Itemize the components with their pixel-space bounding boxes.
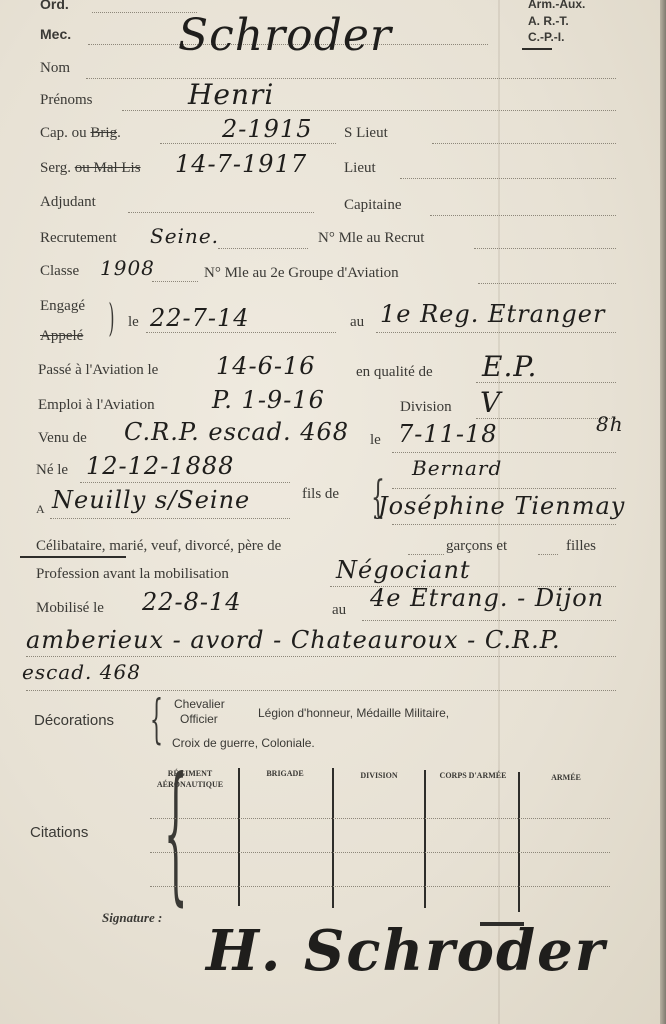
mobilise-line-1 (362, 620, 616, 621)
adjudant-label: Adjudant (40, 194, 96, 211)
venu-de-label: Venu de (38, 430, 87, 447)
mother-line (392, 524, 616, 525)
chevalier: Chevalier (174, 697, 225, 711)
cap-label: Cap. ou Brig. (40, 125, 121, 142)
division-label: Division (400, 399, 452, 416)
appele-label: Appelé (40, 328, 83, 345)
venu-de-line (392, 452, 616, 453)
no-mle-recrut-line (474, 248, 616, 249)
division-value: V (480, 386, 501, 419)
venu-de-note: 8h (596, 412, 624, 436)
citations-row-3 (150, 886, 610, 887)
ne-le-label: Né le (36, 462, 68, 479)
mobilise-escad: escad. 468 (22, 660, 141, 684)
fils-de-label: fils de (302, 486, 339, 503)
recrutement-label: Recrutement (40, 230, 117, 247)
father-name: Bernard (412, 456, 502, 480)
mother-name: Joséphine Tienmay (378, 492, 625, 520)
engage-label: Engagé (40, 298, 85, 315)
decorations-brace: { (150, 690, 163, 750)
prenoms-value: Henri (188, 78, 274, 111)
venu-de-value: C.R.P. escad. 468 (124, 418, 349, 446)
recrutement-value: Seine. (150, 224, 219, 248)
nom-label: Nom (40, 60, 70, 77)
signature-label: Signature : (102, 910, 162, 926)
recrutement-line (218, 248, 308, 249)
nom-line (86, 78, 616, 79)
officier: Officier (180, 712, 218, 726)
engage-date-line (146, 332, 336, 333)
col-brigade: BRIGADE (240, 768, 330, 779)
arm-aux: Arm.-Aux. (528, 0, 585, 11)
capitaine-line (430, 215, 616, 216)
garcons-label: garçons et (446, 538, 507, 555)
qualite-label: en qualité de (356, 364, 433, 381)
engage-unit-line (376, 332, 616, 333)
col-corps-armee: CORPS D'ARMÉE (426, 770, 520, 781)
profession-value: Négociant (336, 556, 471, 584)
citations-divider-3 (424, 770, 426, 908)
passe-aviation-date: 14-6-16 (216, 352, 316, 380)
ne-le-line (80, 482, 290, 483)
celibataire-underline (20, 556, 126, 558)
col-division: DIVISION (334, 770, 424, 781)
cpi: C.-P.-I. (528, 30, 564, 44)
decorations-label: Décorations (34, 712, 114, 729)
engage-brace: ) (108, 296, 114, 340)
cap-line (160, 143, 336, 144)
venu-de-le: le (370, 432, 381, 449)
no-mle-groupe-line (478, 283, 616, 284)
ne-le-value: 12-12-1888 (86, 452, 234, 480)
mobilise-line-3 (26, 690, 616, 691)
division-line (476, 418, 616, 419)
signature-value: H. Schroder (206, 918, 606, 984)
nom-value: Schroder (178, 10, 392, 61)
classe-value: 1908 (100, 256, 155, 280)
mec-label: Mec. (40, 26, 71, 42)
filles-label: filles (566, 538, 596, 555)
a-label: A (36, 502, 45, 517)
signature-flourish (480, 922, 524, 926)
classe-label: Classe (40, 263, 79, 280)
emploi-aviation-label: Emploi à l'Aviation (38, 397, 155, 414)
emploi-aviation-value: P. 1-9-16 (212, 386, 325, 414)
s-lieut-label: S Lieut (344, 125, 388, 142)
mobilise-route: amberieux - avord - Chateauroux - C.R.P. (26, 626, 561, 654)
mobilise-line-2 (26, 656, 616, 657)
col-armee: ARMÉE (522, 772, 610, 783)
col-regiment: RÉGIMENT AÉRONAUTIQUE (144, 768, 236, 790)
mobilise-au: au (332, 602, 346, 619)
serg-value: 14-7-1917 (175, 150, 307, 178)
a-line (50, 518, 290, 519)
a-value: Neuilly s/Seine (52, 486, 250, 514)
no-mle-recrut-label: N° Mle au Recrut (318, 230, 424, 247)
serg-label: Serg. ou Mal Lis (40, 160, 141, 177)
etat-civil-options: Célibataire, marié, veuf, divorcé, père … (36, 538, 281, 555)
prenoms-label: Prénoms (40, 92, 93, 109)
citations-label: Citations (30, 824, 88, 841)
lieut-label: Lieut (344, 160, 376, 177)
mobilise-date: 22-8-14 (142, 588, 242, 616)
passe-aviation-label: Passé à l'Aviation le (38, 362, 158, 379)
art: A. R.-T. (528, 14, 569, 28)
garcons-count-line (408, 554, 444, 555)
mobilise-label: Mobilisé le (36, 600, 104, 617)
decorations-line-1: Légion d'honneur, Médaille Militaire, (258, 706, 449, 720)
citations-divider-2 (332, 768, 334, 908)
engage-date: 22-7-14 (150, 304, 250, 332)
citations-row-1 (150, 818, 610, 819)
card-edge (660, 0, 666, 1024)
profession-label: Profession avant la mobilisation (36, 566, 229, 583)
engage-au: au (350, 314, 364, 331)
decorations-line-2: Croix de guerre, Coloniale. (172, 736, 315, 750)
qualite-line (476, 382, 616, 383)
father-line (392, 488, 616, 489)
lieut-line (400, 178, 616, 179)
adjudant-line (128, 212, 314, 213)
no-mle-groupe-label: N° Mle au 2e Groupe d'Aviation (204, 265, 399, 282)
classe-line (152, 281, 198, 282)
citations-row-2 (150, 852, 610, 853)
venu-de-date: 7-11-18 (398, 420, 498, 448)
engage-le: le (128, 314, 139, 331)
cap-value: 2-1915 (222, 115, 312, 143)
filles-count-line (538, 554, 558, 555)
cpi-underline (522, 48, 552, 50)
citations-divider-4 (518, 772, 520, 912)
capitaine-label: Capitaine (344, 197, 401, 214)
ord-label: Ord. (40, 0, 69, 12)
engage-unit: 1e Reg. Etranger (380, 300, 605, 328)
qualite-value: E.P. (482, 350, 537, 383)
s-lieut-line (432, 143, 616, 144)
mobilise-unit: 4e Etrang. - Dijon (370, 584, 604, 612)
